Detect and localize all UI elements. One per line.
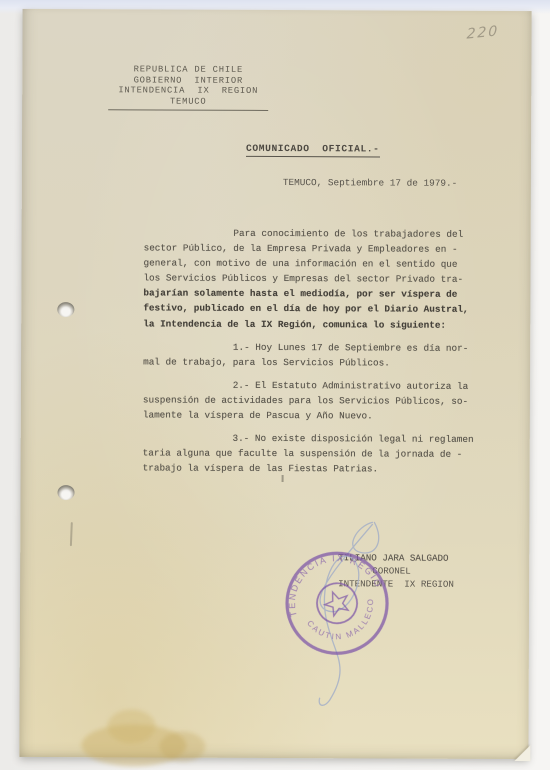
letterhead-line: GOBIERNO INTERIOR xyxy=(108,75,268,86)
typed-line: la Intendencia de la IX Región, comunica… xyxy=(143,316,503,333)
paper-stain xyxy=(107,709,155,743)
typed-line: mal de trabajo, para los Servicios Públi… xyxy=(143,354,503,371)
star-icon xyxy=(321,588,352,618)
typed-line: suspensión de actividades para los Servi… xyxy=(143,392,503,409)
punch-hole xyxy=(57,485,74,500)
document-page: 220 REPUBLICA DE CHILEGOBIERNO INTERIORI… xyxy=(19,9,531,759)
dateline: TEMUCO, Septiembre 17 de 1979.- xyxy=(283,177,457,189)
paragraph: Para conocimiento de los trabajadores de… xyxy=(143,225,503,332)
punch-hole xyxy=(57,302,74,317)
typed-line: sector Público, de la Empresa Privada y … xyxy=(144,241,504,258)
typed-line: Para conocimiento de los trabajadores de… xyxy=(144,225,504,242)
letterhead-line: TEMUCO xyxy=(108,96,268,107)
stamp-inner-ring xyxy=(311,577,363,629)
document-title: COMUNICADO OFICIAL.- xyxy=(246,143,380,158)
typed-line: general, con motivo de una información e… xyxy=(143,256,503,273)
letterhead-line: REPUBLICA DE CHILE xyxy=(108,64,268,75)
typed-line: 2.- El Estatuto Administrativo autoriza … xyxy=(143,377,503,394)
paragraph: 3.- No existe disposición legal ni regla… xyxy=(143,431,503,478)
paragraph: 2.- El Estatuto Administrativo autoriza … xyxy=(143,377,503,424)
typed-line: bajarían solamente hasta el mediodía, po… xyxy=(143,286,503,303)
pen-mark xyxy=(70,522,73,546)
paragraph: 1.- Hoy Lunes 17 de Septiembre es día no… xyxy=(143,339,503,371)
paper-stain xyxy=(159,731,205,761)
typed-line: 1.- Hoy Lunes 17 de Septiembre es día no… xyxy=(143,339,503,356)
typed-line: los Servicios Públicos y Empresas del se… xyxy=(143,271,503,288)
typed-line: festivo, publicado en el día de hoy por … xyxy=(143,301,503,318)
letterhead-line: INTENDENCIA IX REGION xyxy=(108,85,268,96)
corner-fold xyxy=(514,745,530,761)
typed-line: taria alguna que faculte la suspensión d… xyxy=(143,446,503,463)
typed-line: 3.- No existe disposición legal ni regla… xyxy=(143,431,503,448)
ink-speck xyxy=(282,475,284,482)
typed-line: trabajo la víspera de las Fiestas Patria… xyxy=(143,461,503,478)
letterhead: REPUBLICA DE CHILEGOBIERNO INTERIORINTEN… xyxy=(108,64,268,111)
typed-line: lamente la víspera de Pascua y Año Nuevo… xyxy=(143,407,503,424)
pencil-page-number: 220 xyxy=(466,23,499,42)
document-body: Para conocimiento de los trabajadores de… xyxy=(143,225,504,485)
